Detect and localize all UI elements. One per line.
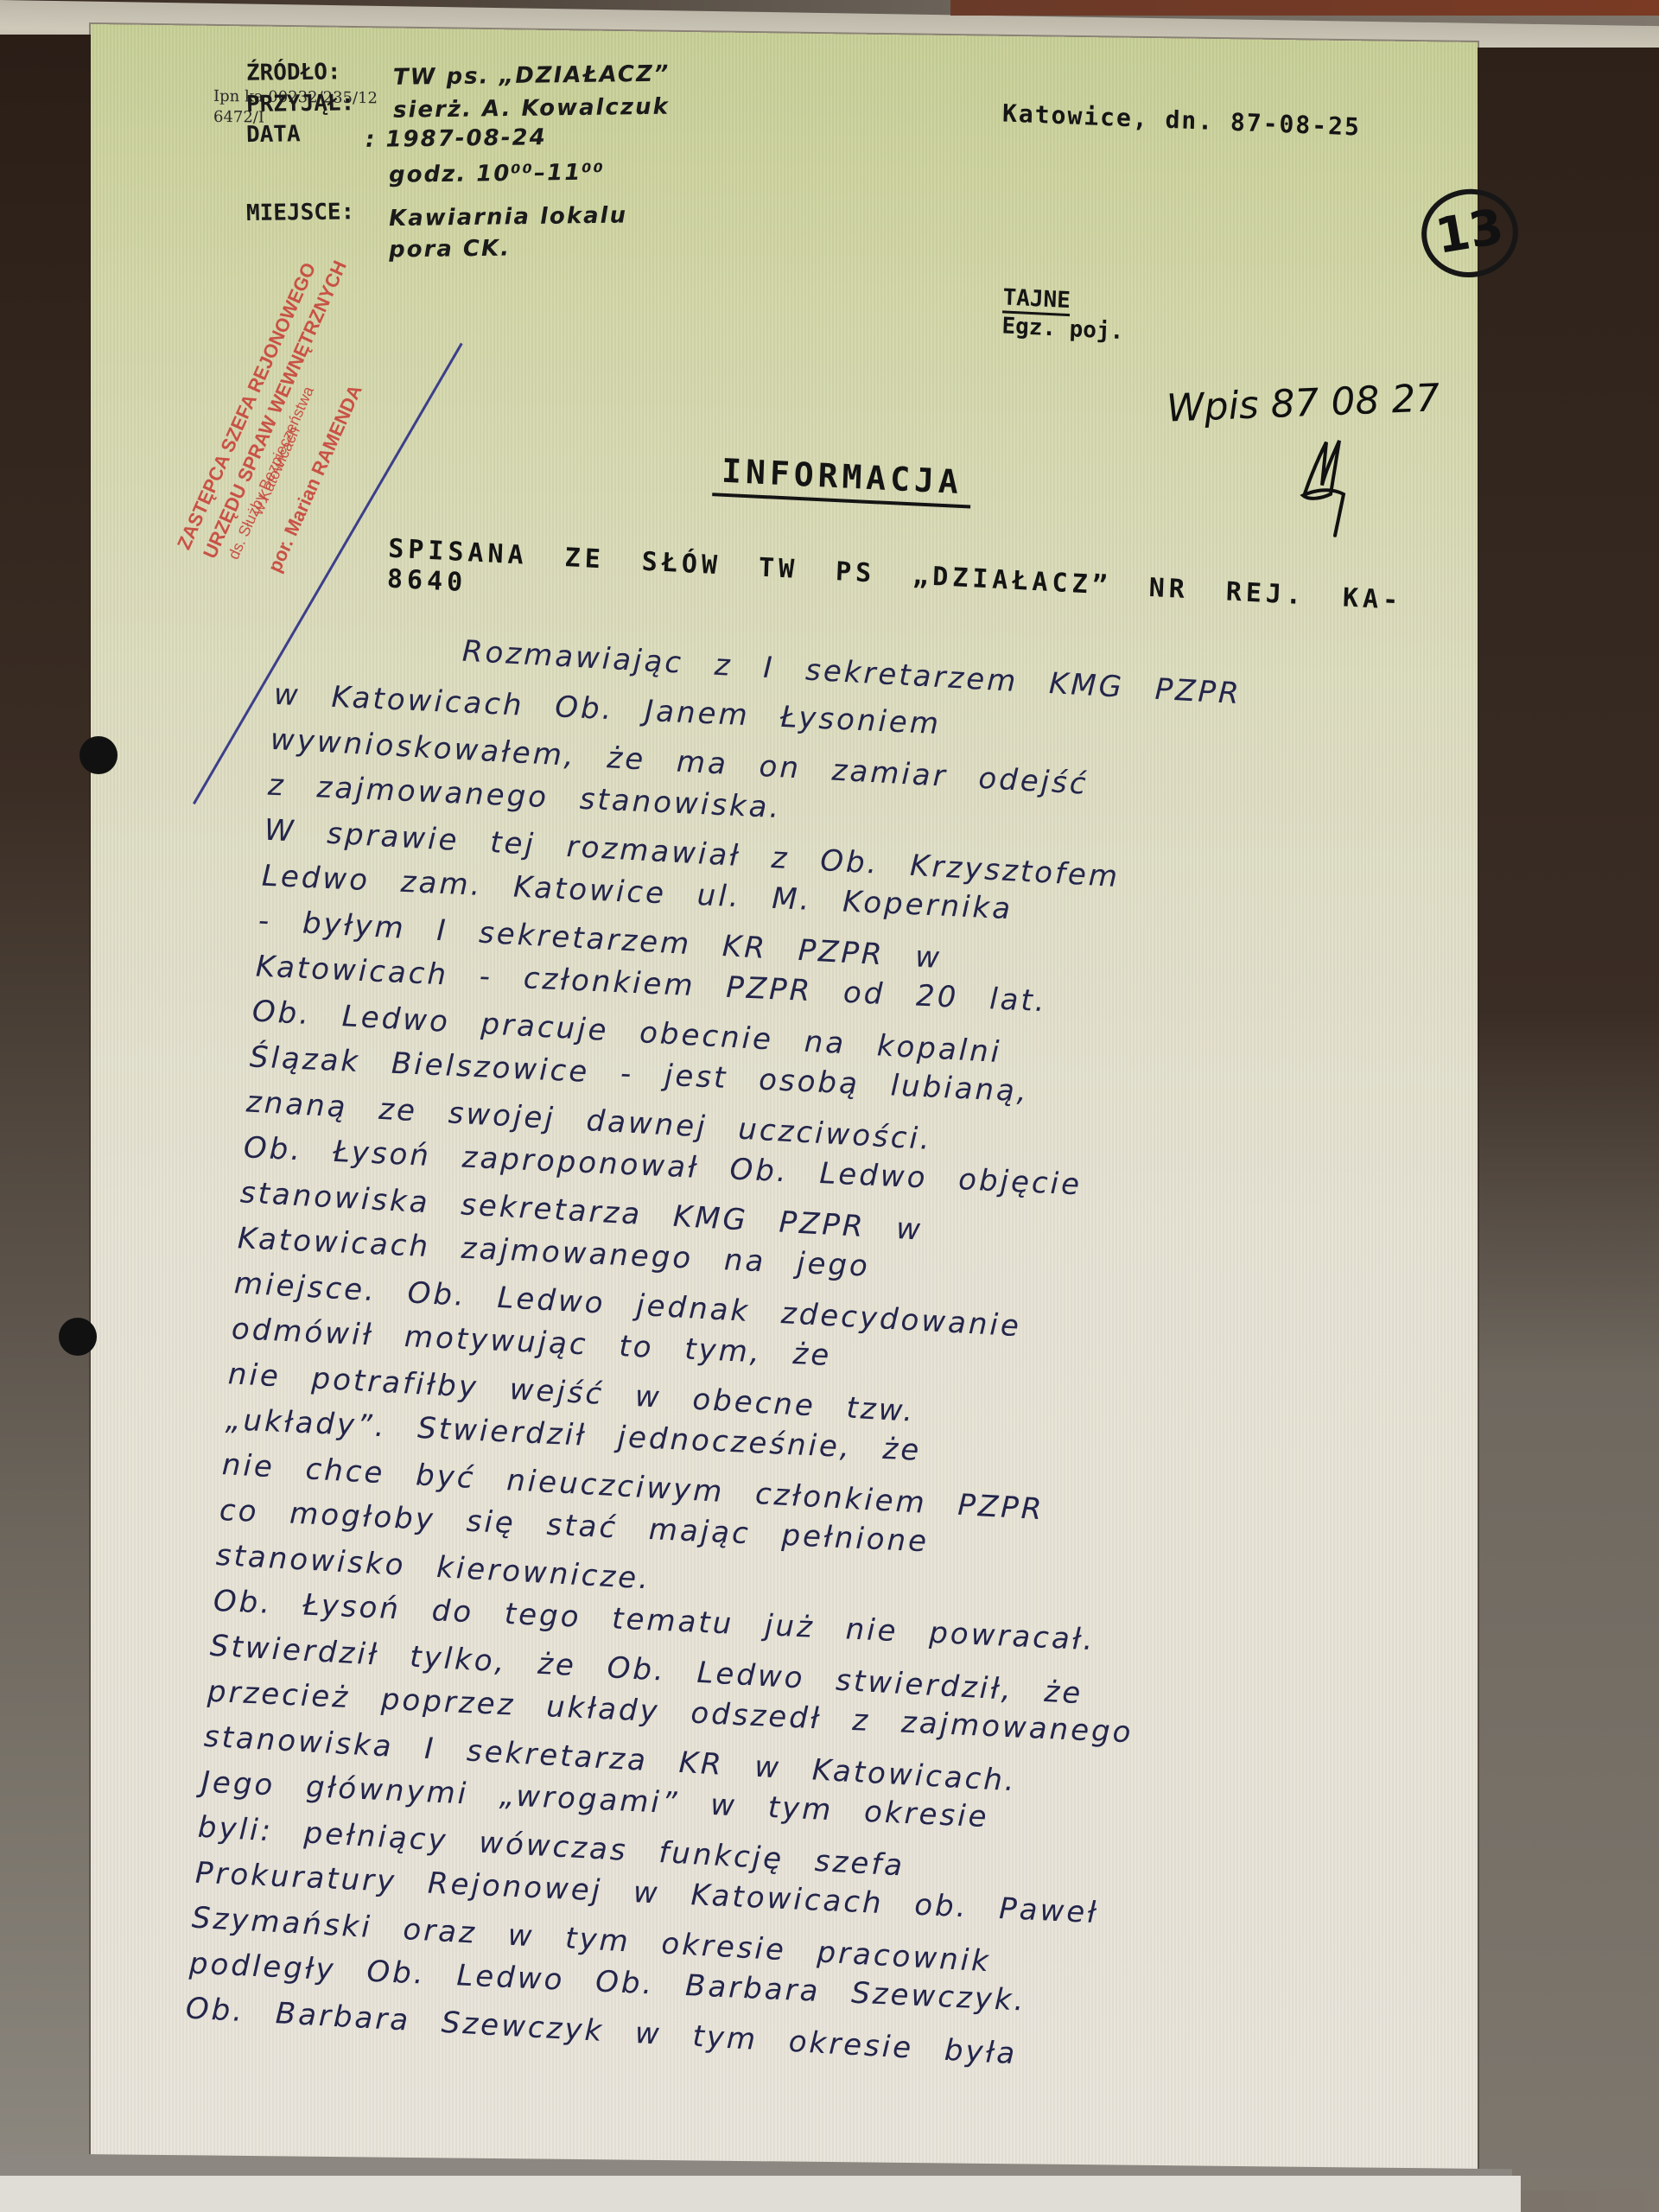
document-title: INFORMACJA [712, 451, 971, 508]
place-and-date: Katowice, dn. 87-08-25 [1002, 99, 1362, 141]
punch-hole-bottom [59, 1318, 97, 1356]
classification-block: TAJNE Egz. poj. [1001, 284, 1125, 345]
field-label-place: MIEJSCE: [246, 199, 355, 226]
monitor-bezel-bottom [0, 2176, 1521, 2212]
field-value-source: TW ps. „DZIAŁACZ” [393, 61, 671, 91]
stamp-line2: URZĘDU SPRAW WEWNĘTRZNYCH [199, 257, 352, 563]
viewer-background-left [0, 35, 95, 2177]
document-subtitle: SPISANA ZE SŁÓW TW PS „DZIAŁACZ” NR REJ.… [386, 534, 1477, 651]
viewer-background-right [1460, 48, 1659, 2190]
punch-hole-top [79, 736, 118, 774]
field-value-date: : 1987-08-24 [365, 124, 547, 153]
background-wall [950, 0, 1659, 16]
field-value-place: Kawiarnia lokalu [389, 203, 628, 232]
signature-icon [1296, 433, 1357, 537]
copy-note: Egz. poj. [1001, 313, 1124, 345]
field-value-received-by: sierż. A. Kowalczuk [393, 94, 671, 124]
field-label-source: ŹRÓDŁO: [246, 59, 341, 86]
classification-label: TAJNE [1002, 284, 1071, 316]
field-value-place-detail: pora CK. [389, 236, 512, 264]
field-label-date: DATA [246, 121, 301, 148]
scanned-document-page: Ipn ka 00232/235/12 6472/I ŹRÓDŁO: TW ps… [91, 24, 1478, 2177]
field-value-time: godz. 10⁰⁰–11⁰⁰ [389, 160, 606, 188]
handwritten-entry-note: Wpis 87 08 27 [1166, 376, 1441, 430]
field-label-received-by: PRZYJĄŁ: [246, 90, 355, 118]
